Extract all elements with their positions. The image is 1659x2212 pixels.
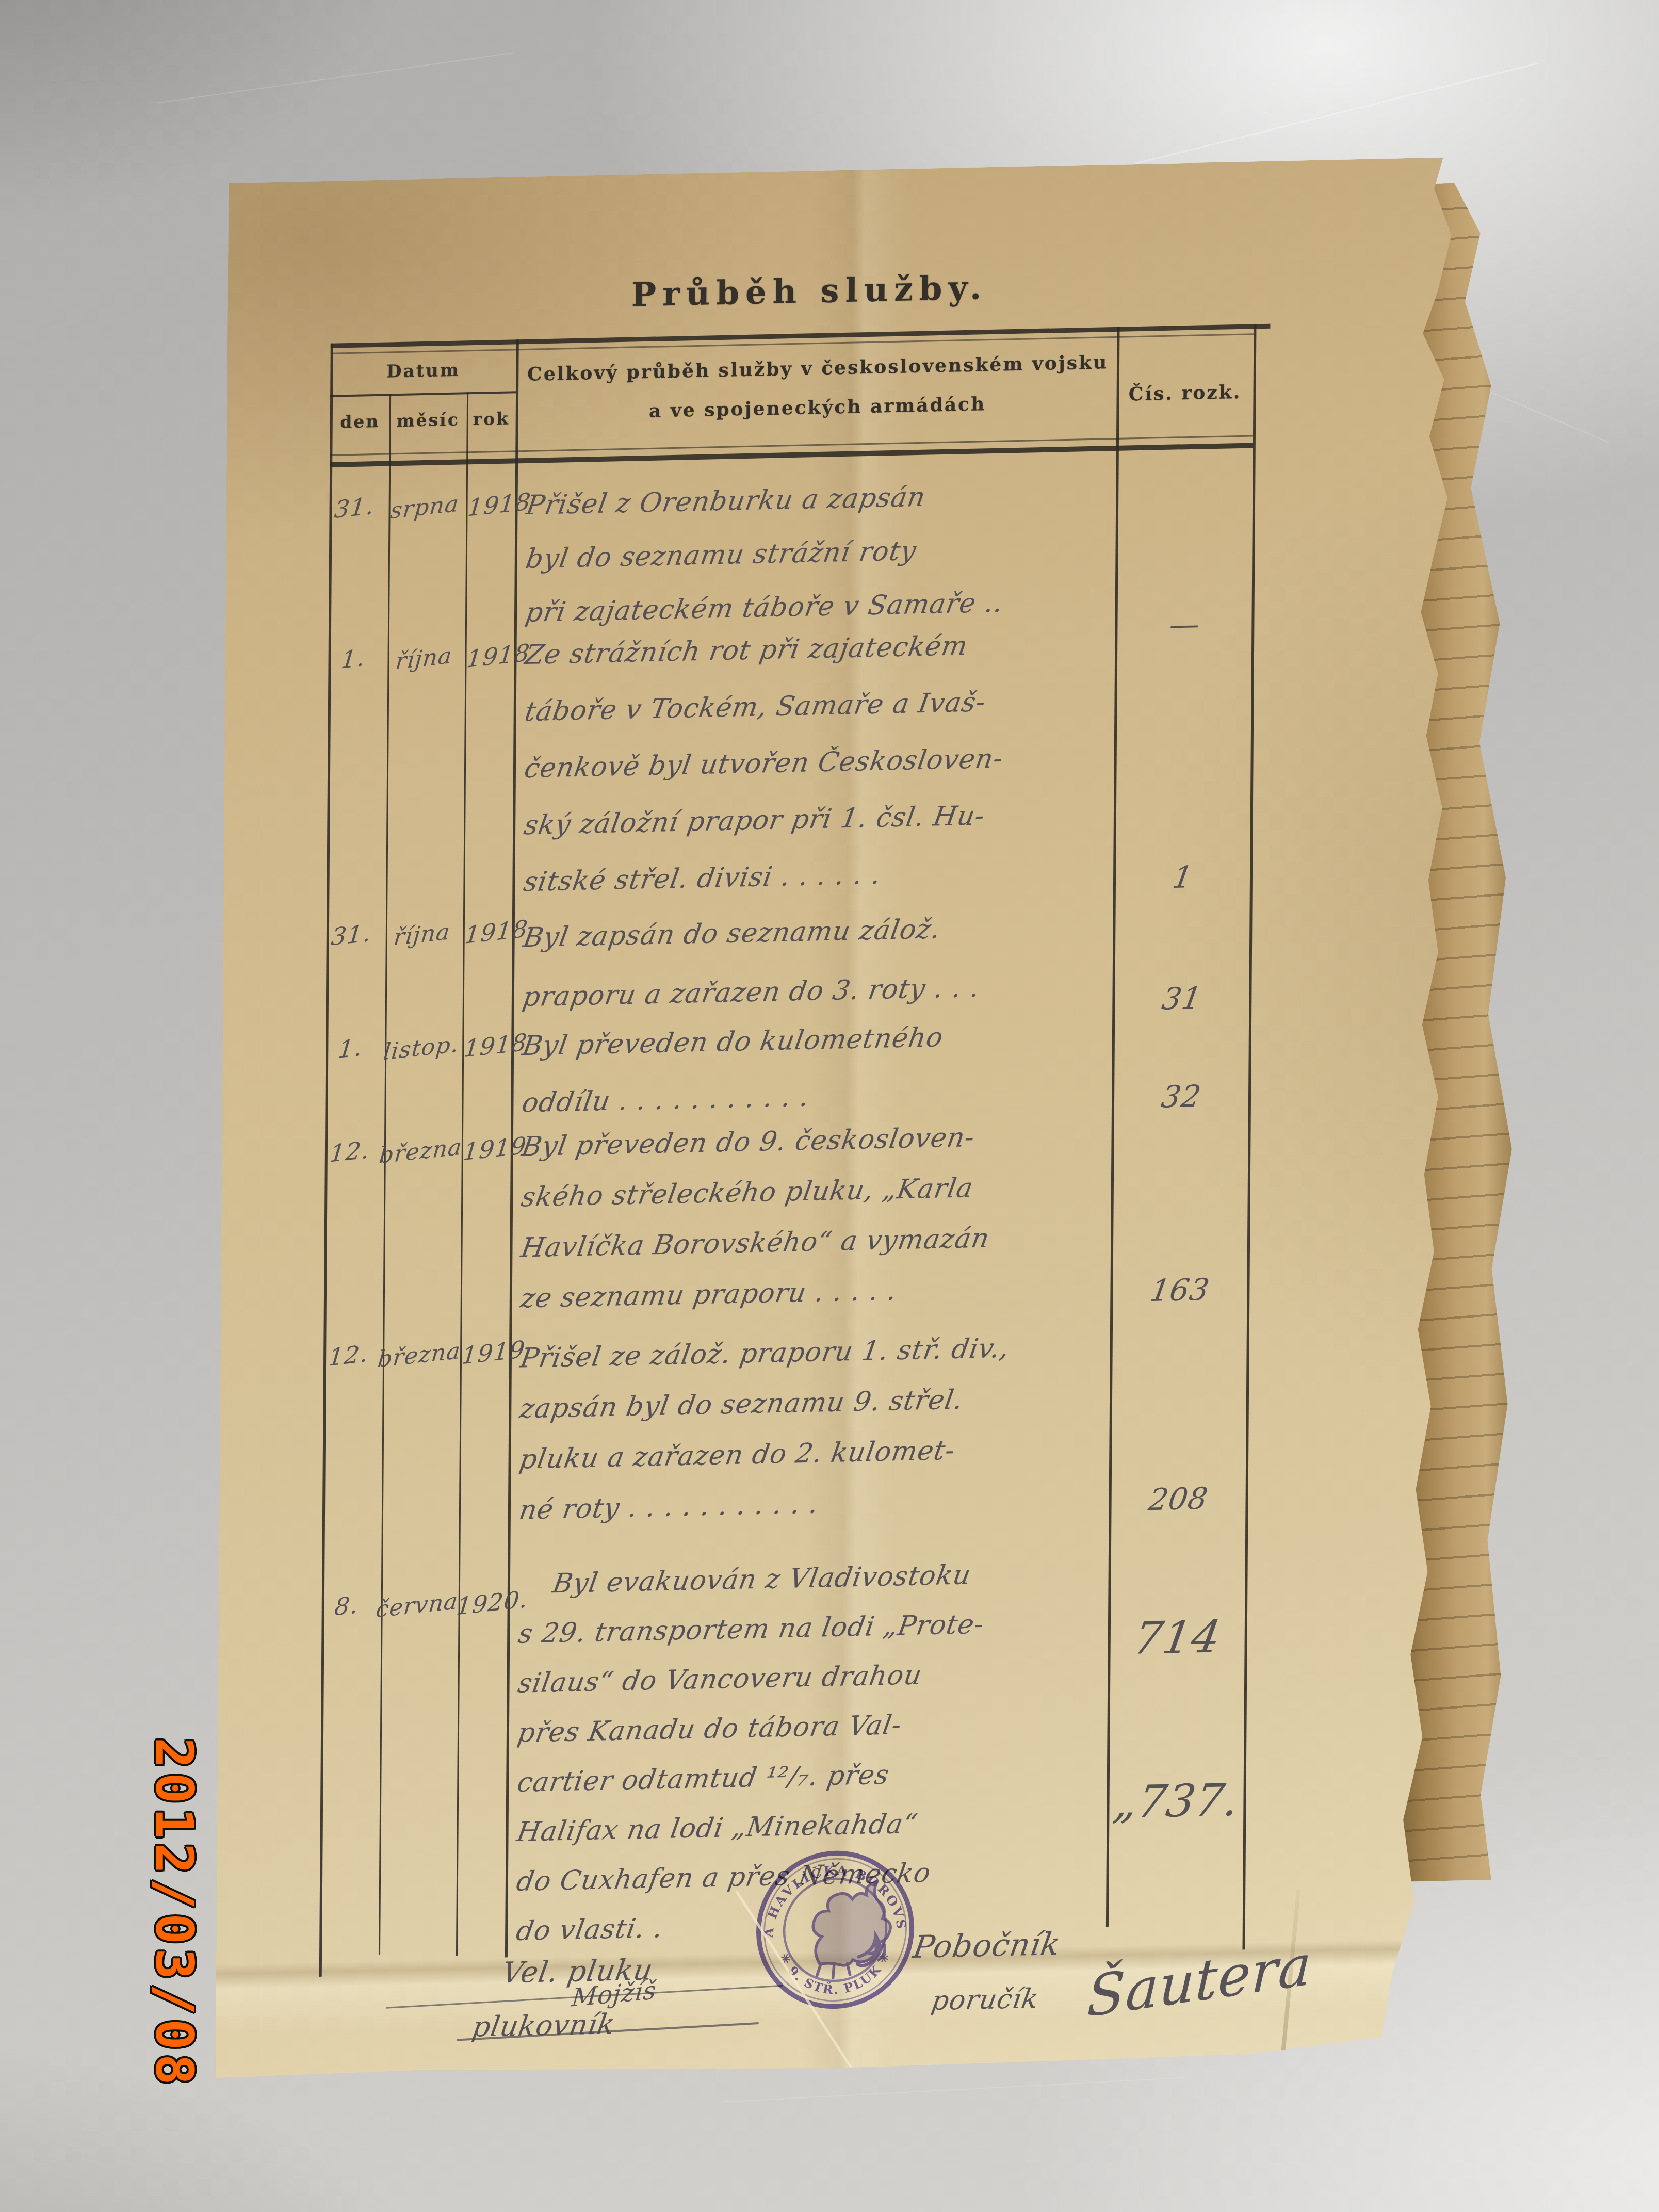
order-number: 208 (1116, 1480, 1240, 1518)
date-day: 12. (321, 1137, 379, 1166)
service-entry-line: byl do seznamu strážní roty (526, 531, 1125, 575)
service-entry-line: Byl převeden do kulometného (523, 1018, 1121, 1062)
service-entry-line: né roty . . . . . . . . . . . (519, 1482, 1118, 1525)
service-entry-line: cartier odtamtud ¹²/₇. přes (517, 1755, 1116, 1798)
date-month: října (381, 921, 463, 949)
service-entry-line: Havlíčka Borovského“ a vymazán (521, 1220, 1119, 1263)
header-mesic: měsíc (390, 409, 466, 431)
service-entry-line: s 29. transportem na lodi „Prote- (518, 1606, 1117, 1649)
date-month: listop. (380, 1034, 462, 1062)
date-year: 1918 (461, 917, 533, 947)
table-right-border (1242, 324, 1256, 1949)
header-cis-rozk: Čís. rozk. (1116, 381, 1253, 405)
date-year: 1920. (456, 1588, 528, 1617)
col-den-mesic-line (379, 394, 391, 1955)
date-day: 31. (325, 493, 383, 522)
surface-scratch (156, 52, 514, 103)
service-entry-line: Byl převeden do 9. českosloven- (522, 1119, 1120, 1162)
order-number: 163 (1118, 1271, 1242, 1309)
service-entry-line: sitské střel. divisi . . . . . . (524, 854, 1122, 898)
footer-adjutant-rank: poručík (932, 1983, 1039, 2016)
order-number: 31 (1120, 980, 1244, 1017)
service-entry-line: táboře v Tockém, Samaře a Ivaš- (525, 684, 1124, 727)
service-entry-line: Byl evakuován z Vladivostoku (553, 1556, 1151, 1599)
order-number: 32 (1119, 1078, 1243, 1115)
service-entry-line: ský záložní prapor při 1. čsl. Hu- (524, 798, 1123, 841)
header-main-line1: Celkový průběh služby v československém … (521, 351, 1114, 385)
header-main-line2: a ve spojeneckých armádách (521, 391, 1114, 425)
date-year: 1919 (458, 1338, 530, 1367)
date-month: října (382, 644, 465, 672)
header-datum: Datum (330, 359, 516, 383)
service-entry-line: praporu a zařazen do 3. roty . . . (523, 969, 1121, 1013)
service-entry-line: Byl zapsán do seznamu zálož. (523, 910, 1121, 953)
service-entry-line: Ze strážních rot při zajateckém (525, 627, 1124, 671)
datum-underline (330, 391, 516, 397)
header-den: den (330, 411, 390, 432)
order-number: — (1123, 606, 1246, 643)
service-entry-line: čenkově byl utvořen Českosloven- (525, 741, 1123, 784)
service-entry-line: Přišel ze zálož. praporu 1. stř. div., (521, 1330, 1119, 1374)
service-record-sheet: Průběh služby. Datum den měsíc rok Celko… (215, 157, 1487, 2082)
service-entry-line: silaus“ do Vancoveru drahou (518, 1655, 1116, 1699)
date-day: 1. (321, 1034, 379, 1063)
date-day: 8. (318, 1591, 376, 1620)
document-title: Průběh služby. (227, 260, 1391, 323)
date-month: března (378, 1341, 460, 1369)
service-entry-line: zapsán byl do seznamu 9. střel. (520, 1381, 1118, 1424)
service-entry-line: ského střeleckého pluku, „Karla (522, 1169, 1120, 1213)
service-entry-line: Přišel z Orenburku a zapsán (526, 478, 1125, 521)
date-month: srpna (383, 493, 466, 521)
date-day: 1. (324, 644, 382, 673)
col-mesic-rok-line (456, 392, 468, 1956)
header-bottom-border (330, 443, 1253, 467)
service-entry-line: pluku a zařazen do 2. kulomet- (519, 1432, 1118, 1475)
order-number: „737. (1114, 1775, 1239, 1829)
order-number: 1 (1121, 858, 1245, 896)
regiment-stamp: KARLA HAVLÍČKA BOROVSKÉHO ✳ 9. STŘ. PLUK… (750, 1843, 921, 2016)
service-entry-line: ze seznamu praporu . . . . . (521, 1271, 1119, 1314)
service-entry-line: oddílu . . . . . . . . . . . (522, 1075, 1120, 1118)
date-month: března (379, 1137, 462, 1165)
header-rok: rok (467, 408, 516, 429)
camera-timestamp: 2012/03/08 (145, 1737, 202, 2089)
footer-adjutant-signature: Šautera (1083, 1933, 1315, 2029)
date-day: 31. (322, 920, 380, 949)
service-entry-line: přes Kanadu do tábora Val- (518, 1705, 1116, 1748)
date-month: června (376, 1591, 459, 1619)
service-entry-line: Halifax na lodi „Minekahda“ (517, 1804, 1115, 1848)
date-day: 12. (319, 1341, 377, 1370)
surface-scratch (723, 2077, 1186, 2102)
service-entry-line: při zajateckém táboře v Samaře .. (526, 585, 1124, 628)
order-number: 714 (1115, 1611, 1240, 1665)
footer-adjutant-role: Pobočník (914, 1926, 1061, 1965)
